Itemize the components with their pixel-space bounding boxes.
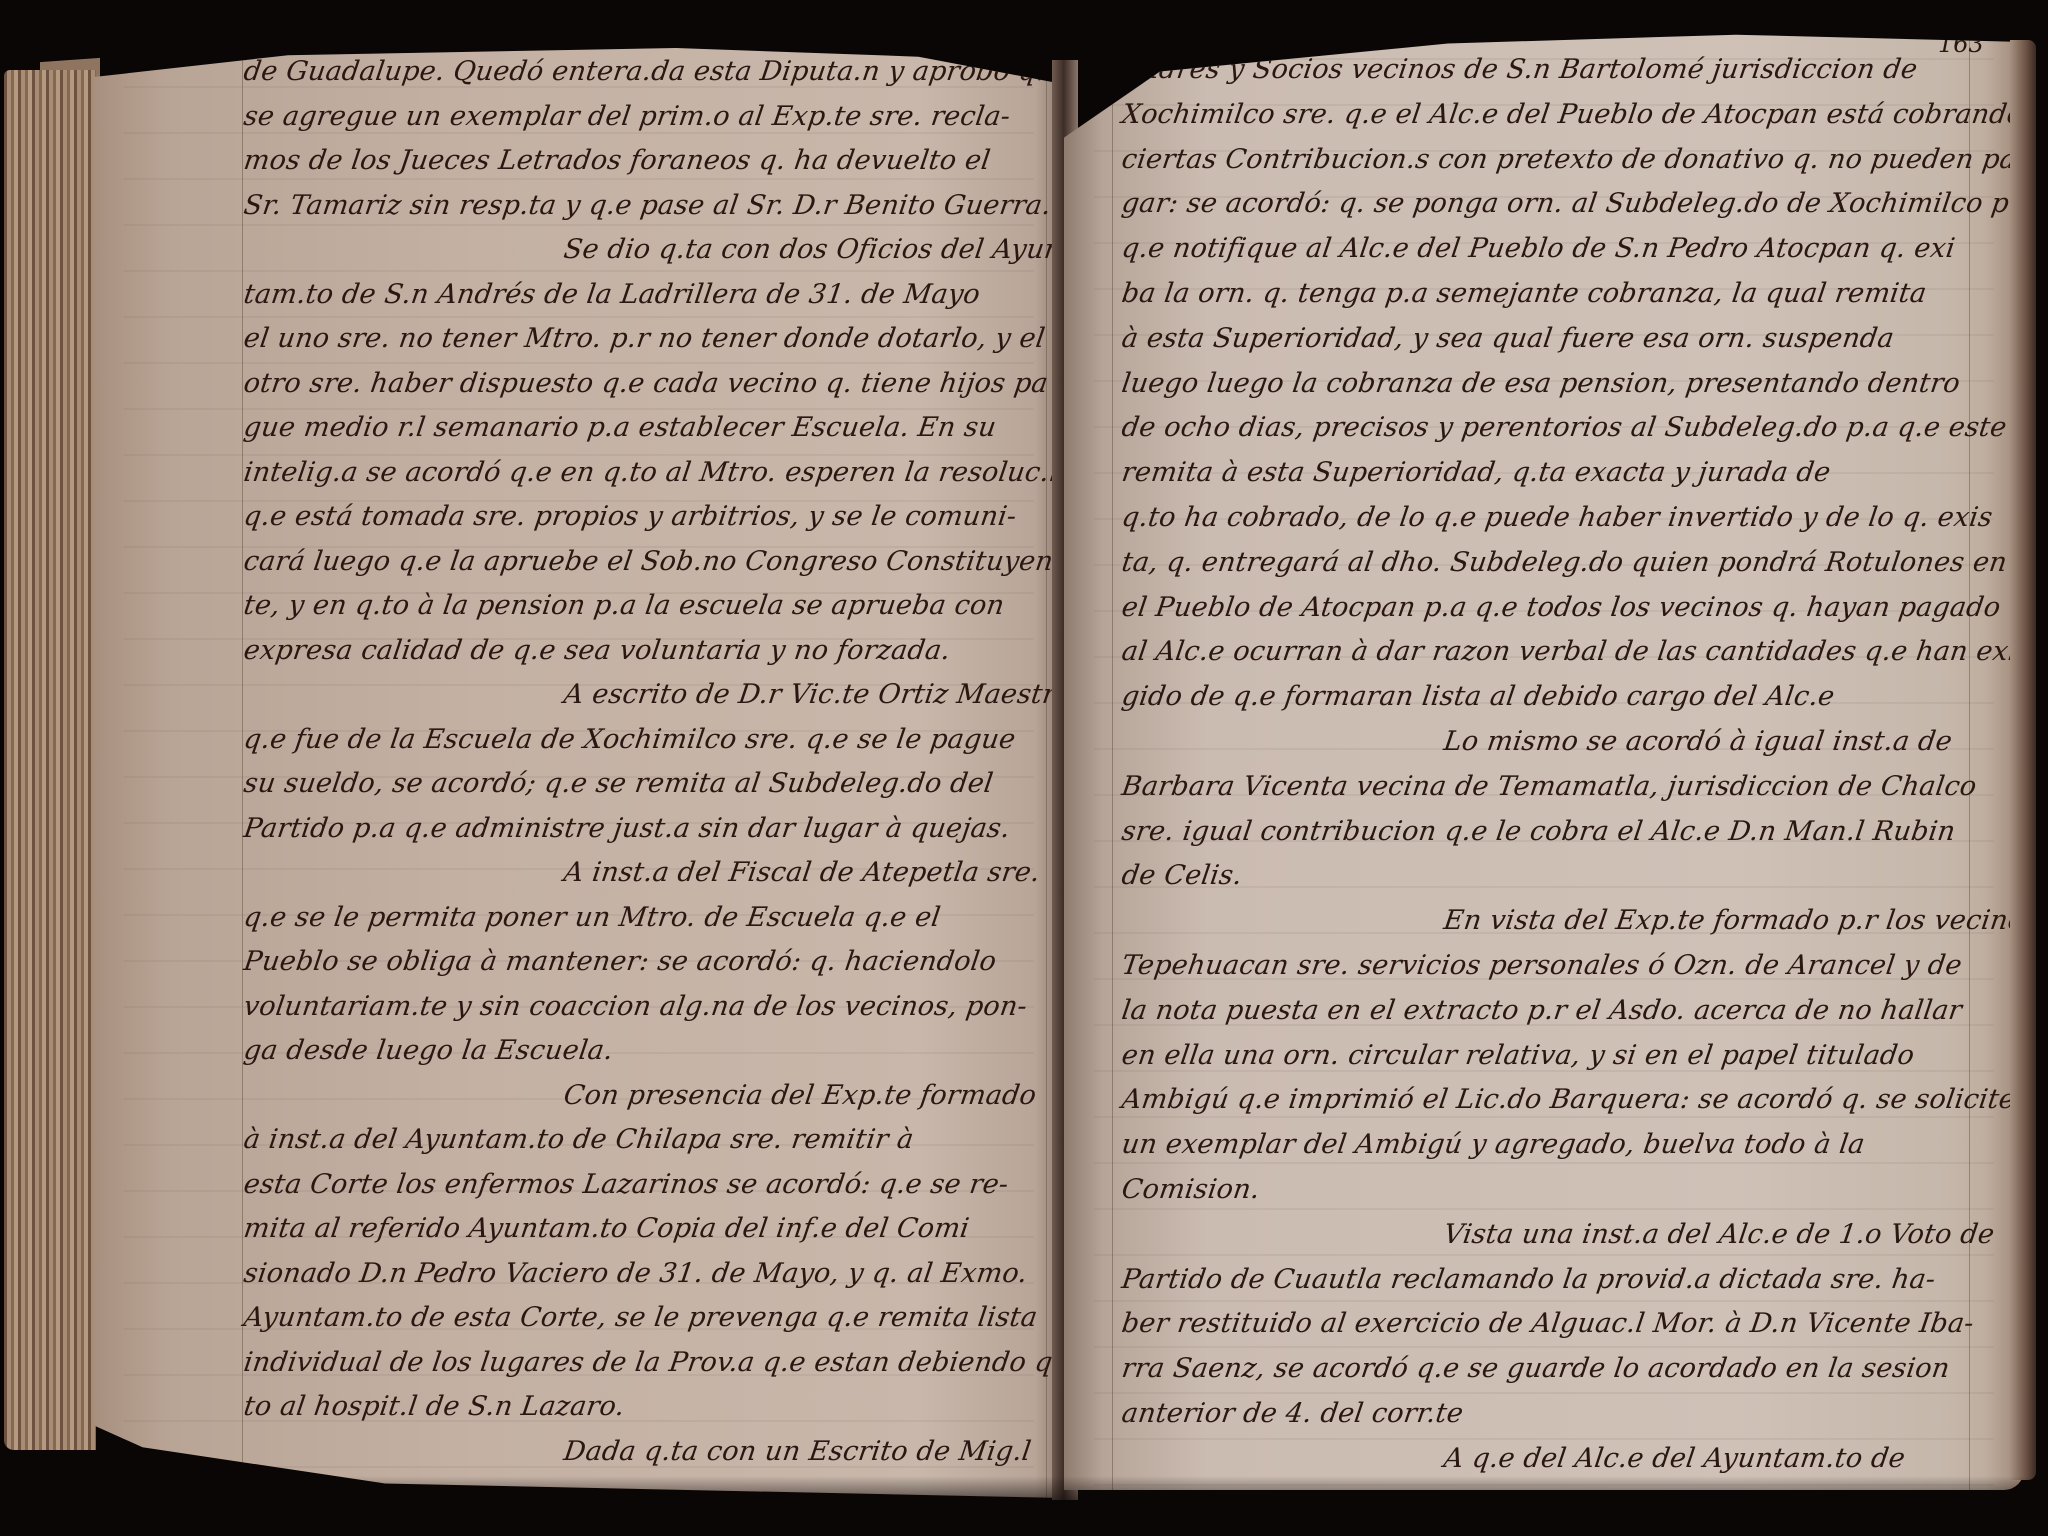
manuscript-line: gar: se acordó: q. se ponga orn. al Subd…	[1120, 188, 2024, 219]
manuscript-line: q.e fue de la Escuela de Xochimilco sre.…	[242, 724, 1018, 755]
manuscript-line: to al hospit.l de S.n Lazaro.	[242, 1391, 627, 1422]
open-manuscript-book: ··· de Guadalupe. Quedó entera.da esta D…	[0, 0, 2048, 1536]
manuscript-line: de ocho dias, precisos y perentorios al …	[1120, 412, 2024, 443]
manuscript-line: el Pueblo de Atocpan p.a q.e todos los v…	[1120, 592, 2003, 623]
manuscript-line: se agregue un exemplar del prim.o al Exp…	[242, 101, 1013, 132]
manuscript-line: Vista una inst.a del Alc.e de 1.o Voto d…	[1442, 1219, 1997, 1250]
manuscript-line: un exemplar del Ambigú y agregado, buelv…	[1120, 1129, 1867, 1160]
bottom-shadow	[0, 1476, 2048, 1536]
right-margin-rule	[1969, 20, 1970, 1490]
manuscript-line: A inst.a del Fiscal de Atepetla sre.	[562, 857, 1042, 888]
manuscript-line: à inst.a del Ayuntam.to de Chilapa sre. …	[242, 1124, 916, 1155]
page-number: 163	[1938, 30, 1984, 58]
left-fore-edge-page-stack	[4, 70, 96, 1450]
manuscript-line: luego luego la cobranza de esa pension, …	[1120, 368, 1962, 399]
manuscript-line: ba la orn. q. tenga p.a semejante cobran…	[1120, 278, 1929, 309]
manuscript-line: q.e se le permita poner un Mtro. de Escu…	[242, 902, 943, 933]
manuscript-line: gue medio r.l semanario p.a establecer E…	[242, 412, 998, 443]
manuscript-line: En vista del Exp.te formado p.r los veci…	[1442, 905, 2024, 936]
right-page: 163 Andrés y Socios vecinos de S.n Barto…	[1064, 20, 2024, 1490]
manuscript-line: Se dio q.ta con dos Oficios del Ayun	[562, 234, 1064, 265]
manuscript-line: Ayuntam.to de esta Corte, se le prevenga…	[242, 1302, 1040, 1333]
manuscript-line: à esta Superioridad, y sea qual fuere es…	[1120, 323, 1896, 354]
manuscript-line: ciertas Contribucion.s con pretexto de d…	[1120, 144, 2018, 175]
manuscript-line: su sueldo, se acordó; q.e se remita al S…	[242, 768, 995, 799]
manuscript-line: en ella una orn. circular relativa, y si…	[1120, 1040, 1917, 1071]
manuscript-line: expresa calidad de q.e sea voluntaria y …	[242, 635, 953, 666]
manuscript-line: esta Corte los enfermos Lazarinos se aco…	[242, 1169, 1011, 1200]
manuscript-line: remita à esta Superioridad, q.ta exacta …	[1120, 457, 1833, 488]
manuscript-line: el uno sre. no tener Mtro. p.r no tener …	[242, 323, 1047, 354]
manuscript-line: anterior de 4. del corr.te	[1120, 1398, 1465, 1429]
manuscript-line: de Guadalupe. Quedó entera.da esta Diput…	[242, 56, 1064, 87]
manuscript-line: cará luego q.e la apruebe el Sob.no Cong…	[242, 546, 1055, 577]
manuscript-line: individual de los lugares de la Prov.a q…	[242, 1347, 1064, 1378]
manuscript-line: Lo mismo se acordó à igual inst.a de	[1442, 726, 1954, 757]
manuscript-line: ga desde luego la Escuela.	[242, 1035, 615, 1066]
manuscript-line: Partido p.a q.e administre just.a sin da…	[242, 813, 1012, 844]
manuscript-line: Ambigú q.e imprimió el Lic.do Barquera: …	[1120, 1084, 2018, 1115]
manuscript-line: voluntariam.te y sin coaccion alg.na de …	[242, 991, 1029, 1022]
manuscript-line: Xochimilco sre. q.e el Alc.e del Pueblo …	[1120, 99, 2024, 130]
manuscript-line: Sr. Tamariz sin resp.ta y q.e pase al Sr…	[242, 190, 1053, 221]
right-fore-edge	[2010, 40, 2036, 1480]
manuscript-line: Barbara Vicenta vecina de Temamatla, jur…	[1120, 771, 1979, 802]
manuscript-line: A escrito de D.r Vic.te Ortiz Maestro	[562, 679, 1064, 710]
manuscript-line: intelig.a se acordó q.e en q.to al Mtro.…	[242, 457, 1064, 488]
manuscript-line: mita al referido Ayuntam.to Copia del in…	[242, 1213, 971, 1244]
manuscript-line: Dada q.ta con un Escrito de Mig.l	[562, 1436, 1033, 1467]
manuscript-line: ta, q. entregará al dho. Subdeleg.do qui…	[1120, 547, 2009, 578]
manuscript-line: tam.to de S.n Andrés de la Ladrillera de…	[242, 279, 982, 310]
manuscript-line: sionado D.n Pedro Vaciero de 31. de Mayo…	[242, 1258, 1030, 1289]
left-page: ··· de Guadalupe. Quedó entera.da esta D…	[94, 48, 1064, 1498]
manuscript-line: otro sre. haber dispuesto q.e cada vecin…	[242, 368, 1050, 399]
manuscript-line: de Celis.	[1120, 860, 1244, 891]
manuscript-line: Andrés y Socios vecinos de S.n Bartolomé…	[1120, 54, 1920, 85]
manuscript-line: q.e está tomada sre. propios y arbitrios…	[242, 501, 1019, 532]
manuscript-line: Con presencia del Exp.te formado	[562, 1080, 1039, 1111]
left-margin-rule	[1112, 20, 1113, 1490]
manuscript-line: al Alc.e ocurran à dar razon verbal de l…	[1120, 636, 2024, 667]
manuscript-line: mos de los Jueces Letrados foraneos q. h…	[242, 145, 993, 176]
manuscript-line: rra Saenz, se acordó q.e se guarde lo ac…	[1120, 1353, 1952, 1384]
manuscript-line: te, y en q.to à la pension p.a la escuel…	[242, 590, 1007, 621]
manuscript-line: Comision.	[1120, 1174, 1262, 1205]
manuscript-line: q.to ha cobrado, de lo q.e puede haber i…	[1120, 502, 1995, 533]
manuscript-line: Tepehuacan sre. servicios personales ó O…	[1120, 950, 1964, 981]
manuscript-line: gido de q.e formaran lista al debido car…	[1120, 681, 1837, 712]
manuscript-line: Partido de Cuautla reclamando la provid.…	[1120, 1264, 1938, 1295]
right-margin-rule	[1046, 48, 1047, 1498]
manuscript-line: sre. igual contribucion q.e le cobra el …	[1120, 816, 1958, 847]
manuscript-line: q.e notifique al Alc.e del Pueblo de S.n…	[1120, 233, 1957, 264]
manuscript-line: la nota puesta en el extracto p.r el Asd…	[1120, 995, 1964, 1026]
manuscript-line: ber restituido al exercicio de Alguac.l …	[1120, 1308, 1976, 1339]
corner-ink-mark: ···	[116, 62, 133, 83]
manuscript-line: A q.e del Alc.e del Ayuntam.to de	[1442, 1443, 1907, 1474]
manuscript-line: Pueblo se obliga à mantener: se acordó: …	[242, 946, 998, 977]
